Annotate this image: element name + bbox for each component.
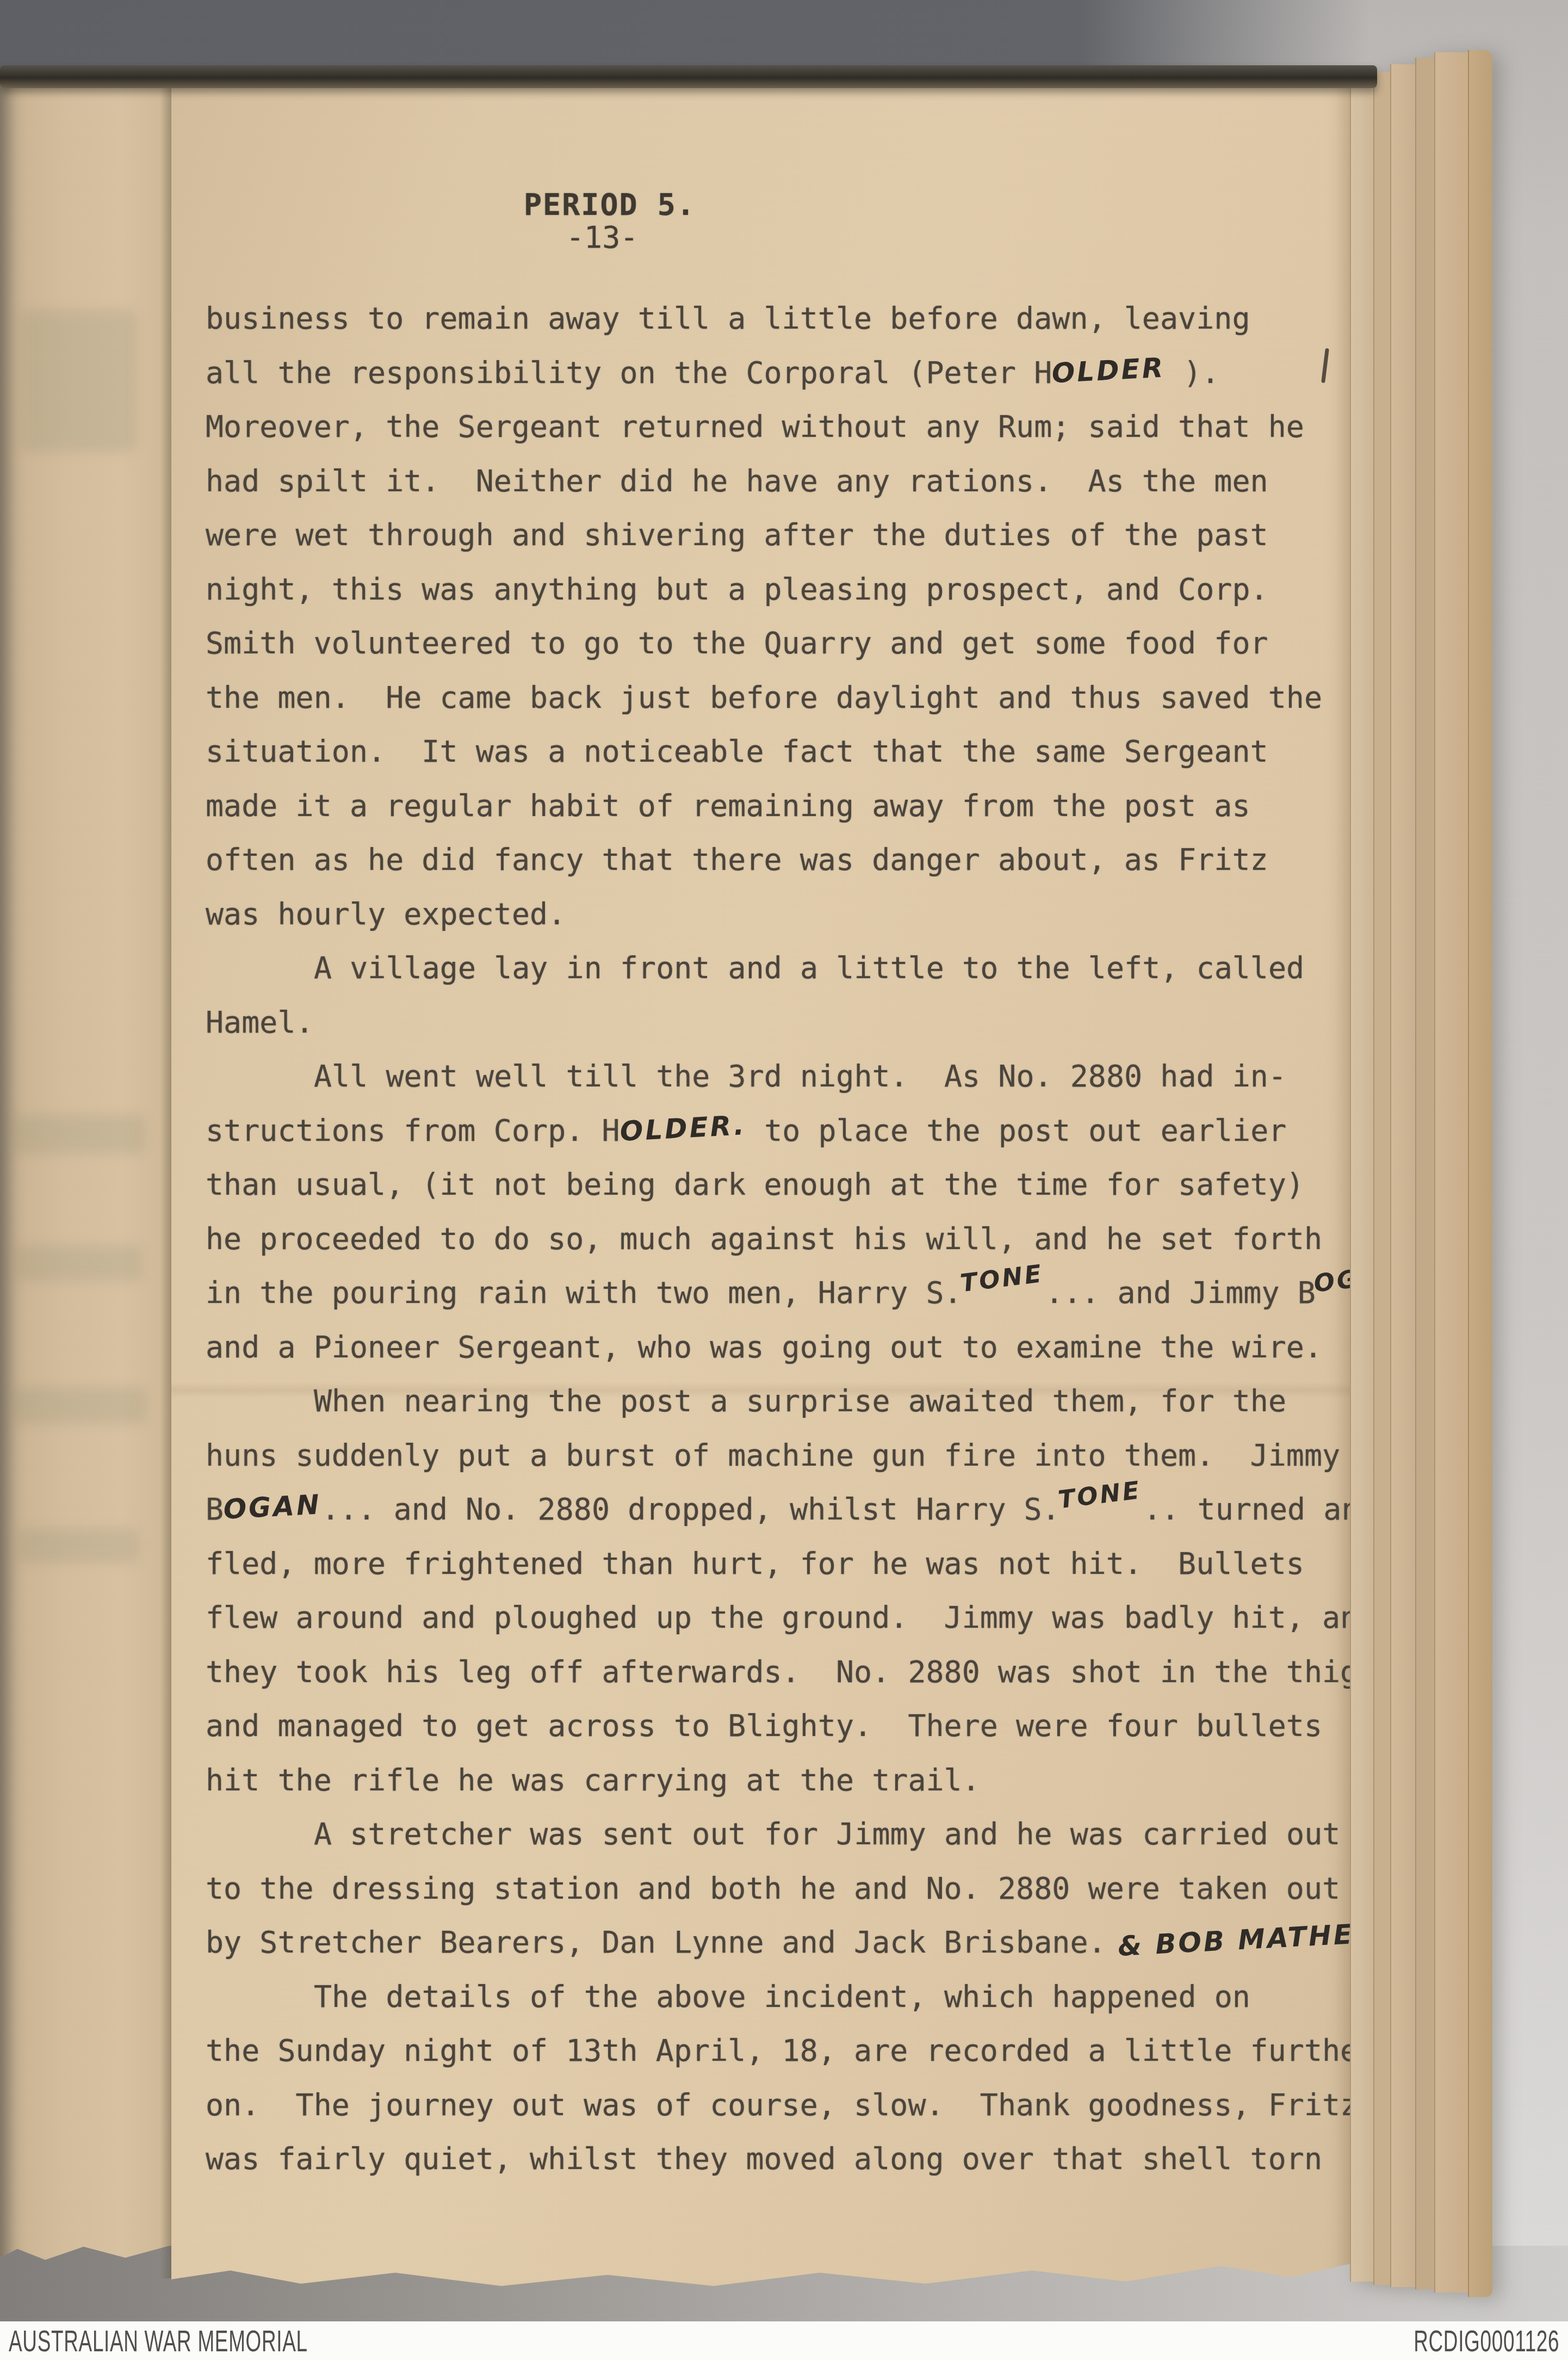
typewritten-line: he proceeded to do so, much against his … — [206, 1212, 1350, 1267]
typed-text: Smith volunteered to go to the Quarry an… — [206, 626, 1268, 660]
bleedthrough-smudge — [18, 1529, 138, 1562]
handwritten-annotation: TONE — [1055, 1463, 1144, 1527]
typewritten-line: business to remain away till a little be… — [206, 292, 1350, 346]
bleedthrough-smudge — [16, 1246, 141, 1281]
typed-text: he proceeded to do so, much against his … — [206, 1221, 1322, 1256]
typed-text: to the dressing station and both he and … — [206, 1871, 1340, 1906]
typed-text: they took his leg off afterwards. No. 28… — [206, 1654, 1350, 1689]
typed-text: on. The journey out was of course, slow.… — [206, 2087, 1350, 2122]
page-edge-strip — [1468, 50, 1492, 2297]
facing-page-sliver — [0, 82, 174, 2266]
text-block: business to remain away till a little be… — [206, 292, 1350, 2186]
footer-reference-id: RCDIG0001126 — [1414, 2323, 1559, 2358]
typed-text: had spilt it. Neither did he have any ra… — [206, 464, 1268, 498]
typewritten-line: and a Pioneer Sergeant, who was going ou… — [206, 1320, 1350, 1375]
typed-text: business to remain away till a little be… — [206, 301, 1250, 336]
typewritten-line: huns suddenly put a burst of machine gun… — [206, 1429, 1350, 1483]
typed-text: Hamel. — [206, 1005, 314, 1040]
typewritten-line: was fairly quiet, whilst they moved alon… — [206, 2132, 1350, 2186]
typed-text: made it a regular habit of remaining awa… — [206, 788, 1250, 823]
typed-text: ... and Jimmy B — [1045, 1275, 1316, 1310]
typewritten-line: to the dressing station and both he and … — [206, 1862, 1350, 1916]
typewritten-line: all the responsibility on the Corporal (… — [206, 346, 1350, 400]
typed-text: were wet through and shivering after the… — [206, 517, 1268, 552]
typewritten-line: hit the rifle he was carrying at the tra… — [206, 1753, 1350, 1808]
typewritten-line: made it a regular habit of remaining awa… — [206, 779, 1350, 833]
typewritten-line: had spilt it. Neither did he have any ra… — [206, 454, 1350, 509]
typed-text: hit the rifle he was carrying at the tra… — [206, 1763, 980, 1797]
typed-text: flew around and ploughed up the ground. … — [206, 1600, 1350, 1635]
page-edge-strip — [1373, 72, 1390, 2285]
typed-text: structions from Corp. H — [206, 1113, 620, 1148]
typed-text: than usual, (it not being dark enough at… — [206, 1167, 1304, 1202]
bleedthrough-smudge — [14, 1115, 145, 1153]
page-edge-strip — [1434, 52, 1468, 2293]
typewritten-line: in the pouring rain with two men, Harry … — [206, 1266, 1350, 1320]
typed-text: When nearing the post a surprise awaited… — [314, 1383, 1286, 1418]
page-edge-strip — [1415, 58, 1434, 2289]
handwritten-annotation: & BOB MATHER — [1105, 1906, 1350, 1974]
typed-text: to place the post out earlier — [746, 1113, 1286, 1148]
typewritten-line: fled, more frightened than hurt, for he … — [206, 1537, 1350, 1591]
typewritten-line: situation. It was a noticeable fact that… — [206, 725, 1350, 779]
page-heading: PERIOD 5. — [524, 187, 696, 222]
typewritten-line: Moreover, the Sergeant returned without … — [206, 400, 1350, 454]
handwritten-annotation: TONE — [957, 1246, 1046, 1310]
typewritten-line: than usual, (it not being dark enough at… — [206, 1158, 1350, 1212]
typewritten-line: on. The journey out was of course, slow.… — [206, 2078, 1350, 2133]
typewritten-line: structions from Corp. HOLDER. to place t… — [206, 1104, 1350, 1158]
handwritten-annotation: OGAN — [1311, 1246, 1350, 1311]
typed-text: A village lay in front and a little to t… — [314, 950, 1304, 985]
bleedthrough-smudge — [13, 1387, 146, 1423]
typed-text: ). — [1166, 355, 1219, 390]
typewritten-line: the men. He came back just before daylig… — [206, 671, 1350, 725]
page-number: -13- — [566, 220, 638, 255]
typed-text: All went well till the 3rd night. As No.… — [314, 1059, 1286, 1093]
typewritten-line: A stretcher was sent out for Jimmy and h… — [206, 1807, 1350, 1862]
typewritten-line: by Stretcher Bearers, Dan Lynne and Jack… — [206, 1916, 1350, 1970]
handwritten-annotation: OLDER — [1051, 341, 1167, 400]
typed-text: Moreover, the Sergeant returned without … — [206, 409, 1304, 444]
typewritten-line: often as he did fancy that there was dan… — [206, 833, 1350, 887]
typed-text: all the responsibility on the Corporal (… — [206, 355, 1052, 390]
typed-text: The details of the above incident, which… — [314, 1979, 1250, 2014]
typed-text: by Stretcher Bearers, Dan Lynne and Jack… — [206, 1925, 1106, 1960]
page-edge-strip — [1350, 82, 1373, 2282]
handwritten-annotation: OLDER. — [618, 1098, 747, 1159]
typed-text: huns suddenly put a burst of machine gun… — [206, 1438, 1340, 1473]
typewritten-line: A village lay in front and a little to t… — [206, 941, 1350, 996]
typed-text: and a Pioneer Sergeant, who was going ou… — [206, 1330, 1322, 1364]
footer-institution-label: AUSTRALIAN WAR MEMORIAL — [9, 2323, 308, 2358]
typed-text: in the pouring rain with two men, Harry … — [206, 1275, 962, 1310]
typed-text: often as he did fancy that there was dan… — [206, 842, 1268, 877]
typewritten-line: the Sunday night of 13th April, 18, are … — [206, 2024, 1350, 2078]
bleedthrough-smudge — [22, 310, 136, 452]
handwritten-annotation: OGAN — [222, 1478, 323, 1537]
typewritten-line: BOGAN... and No. 2880 dropped, whilst Ha… — [206, 1482, 1350, 1537]
typed-text: fled, more frightened than hurt, for he … — [206, 1546, 1304, 1581]
typed-text: ... and No. 2880 dropped, whilst Harry S… — [321, 1492, 1060, 1527]
typewritten-line: they took his leg off afterwards. No. 28… — [206, 1645, 1350, 1700]
typed-text: B — [206, 1492, 224, 1527]
typed-text: the men. He came back just before daylig… — [206, 680, 1322, 715]
document-page: PERIOD 5. -13- business to remain away t… — [171, 81, 1350, 2290]
typed-text: A stretcher was sent out for Jimmy and h… — [314, 1817, 1340, 1851]
typewritten-line: and managed to get across to Blighty. Th… — [206, 1699, 1350, 1753]
typed-text: .. turned and — [1143, 1492, 1350, 1527]
typewritten-line: night, this was anything but a pleasing … — [206, 563, 1350, 617]
typewritten-line: The details of the above incident, which… — [206, 1970, 1350, 2024]
typewritten-line: flew around and ploughed up the ground. … — [206, 1591, 1350, 1645]
book-top-edge — [0, 65, 1377, 88]
typed-text: night, this was anything but a pleasing … — [206, 572, 1268, 607]
typed-text: situation. It was a noticeable fact that… — [206, 734, 1268, 769]
typewritten-line: was hourly expected. — [206, 887, 1350, 942]
typewritten-line: Hamel. — [206, 996, 1350, 1050]
typewritten-line: All went well till the 3rd night. As No.… — [206, 1049, 1350, 1104]
page-edge-strip — [1390, 64, 1416, 2287]
footer-bar: AUSTRALIAN WAR MEMORIAL RCDIG0001126 — [0, 2321, 1568, 2360]
typed-text: the Sunday night of 13th April, 18, are … — [206, 2033, 1350, 2068]
typewritten-line: When nearing the post a surprise awaited… — [206, 1374, 1350, 1429]
typed-text: was hourly expected. — [206, 897, 566, 931]
typewritten-line: Smith volunteered to go to the Quarry an… — [206, 616, 1350, 671]
page-stack — [1350, 50, 1492, 2306]
typed-text: was fairly quiet, whilst they moved alon… — [206, 2141, 1322, 2176]
typewritten-line: were wet through and shivering after the… — [206, 508, 1350, 563]
typed-text: and managed to get across to Blighty. Th… — [206, 1708, 1322, 1743]
